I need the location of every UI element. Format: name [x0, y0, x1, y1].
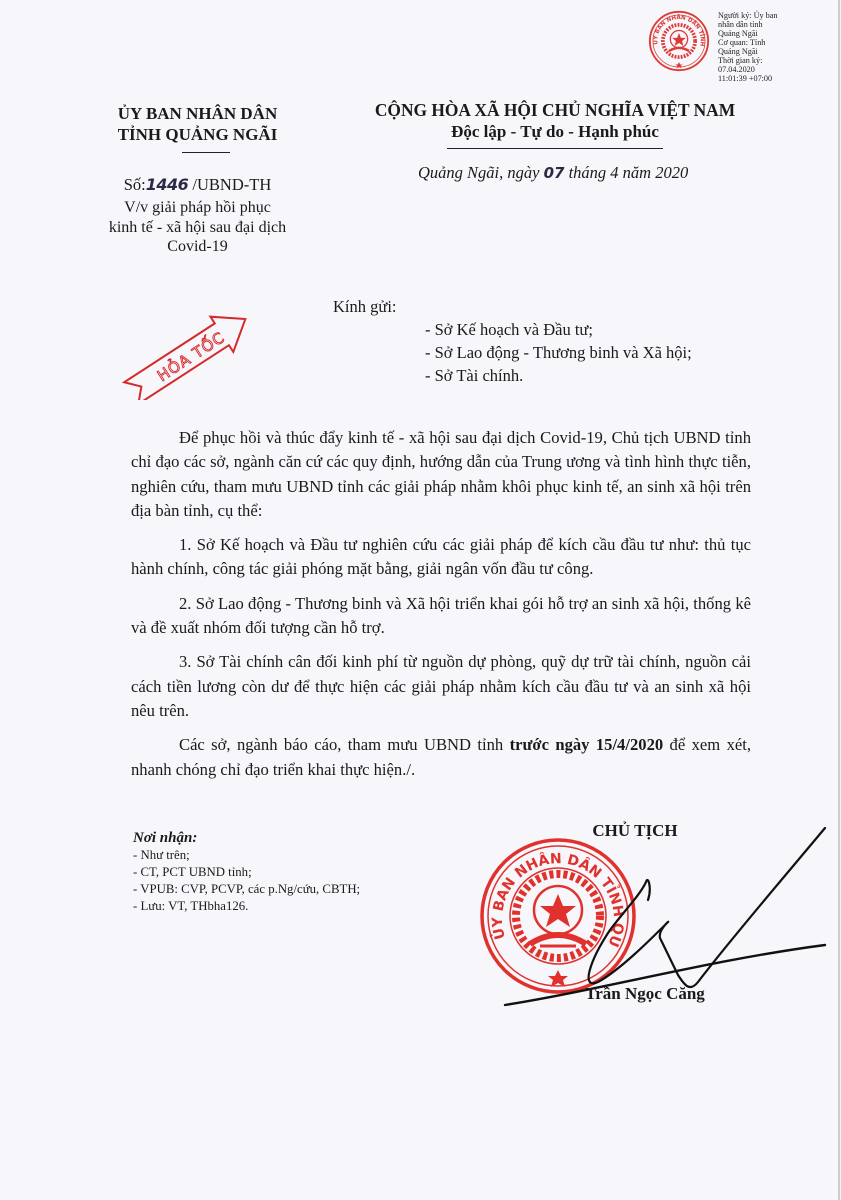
distribution-item: - VPUB: CVP, PCVP, các p.Ng/cứu, CBTH;: [133, 881, 360, 898]
sig-agency-line: Quảng Ngãi: [718, 47, 838, 56]
closing-paragraph: Các sở, ngành báo cáo, tham mưu UBND tỉn…: [131, 733, 751, 782]
signer-name: Trần Ngọc Căng: [545, 984, 745, 1004]
digital-signature-info: Người ký: Ủy ban nhân dân tỉnh Quảng Ngã…: [718, 11, 838, 83]
handwritten-day: 07: [544, 164, 565, 182]
national-motto: Độc lập - Tự do - Hạnh phúc: [355, 121, 755, 142]
distribution-title: Nơi nhận:: [133, 829, 197, 847]
recipient-item: - Sở Tài chính.: [425, 364, 692, 387]
directive-item: 2. Sở Lao động - Thương binh và Xã hội t…: [131, 592, 751, 641]
directive-item: 1. Sở Kế hoạch và Đầu tư nghiên cứu các …: [131, 533, 751, 582]
org-line-1: ỦY BAN NHÂN DÂN: [100, 103, 295, 124]
distribution-list: - Như trên; - CT, PCT UBND tỉnh; - VPUB:…: [133, 847, 360, 915]
handwritten-number: 1446: [146, 175, 189, 194]
sig-signer-line: Quảng Ngãi: [718, 29, 838, 38]
distribution-item: - Lưu: VT, THbha126.: [133, 898, 360, 915]
distribution-item: - CT, PCT UBND tỉnh;: [133, 864, 360, 881]
intro-paragraph: Để phục hồi và thúc đẩy kinh tế - xã hội…: [131, 426, 751, 523]
document-subject: V/v giải pháp hồi phục kinh tế - xã hội …: [100, 198, 295, 257]
sig-date: 07.04.2020: [718, 65, 838, 74]
sig-agency-line: Cơ quan: Tỉnh: [718, 38, 838, 47]
recipient-item: - Sở Kế hoạch và Đầu tư;: [425, 318, 692, 341]
recipients-label: Kính gửi:: [333, 297, 397, 317]
red-official-seal-icon: UY BAN NHÂN DÂN TỈNH QUẢNG NGÃI: [648, 10, 710, 72]
distribution-item: - Như trên;: [133, 847, 360, 864]
divider: [447, 148, 663, 149]
handwritten-signature-icon: [480, 810, 841, 1010]
document-body: Để phục hồi và thúc đẩy kinh tế - xã hội…: [131, 426, 751, 792]
recipient-item: - Sở Lao động - Thương binh và Xã hội;: [425, 341, 692, 364]
recipients-list: - Sở Kế hoạch và Đầu tư; - Sở Lao động -…: [425, 318, 692, 387]
directive-item: 3. Sở Tài chính cân đối kinh phí từ nguồ…: [131, 650, 751, 723]
sig-time-label: Thời gian ký:: [718, 56, 838, 65]
sig-signer-line: Người ký: Ủy ban: [718, 11, 838, 20]
document-page: UY BAN NHÂN DÂN TỈNH QUẢNG NGÃI Người ký…: [0, 0, 840, 1200]
deadline: trước ngày 15/4/2020: [510, 735, 664, 754]
sig-signer-line: nhân dân tỉnh: [718, 20, 838, 29]
issuing-organization: ỦY BAN NHÂN DÂN TỈNH QUẢNG NGÃI: [100, 103, 295, 145]
urgent-stamp-icon: HỎA TỐC: [110, 310, 270, 400]
sig-time: 11:01:39 +07:00: [718, 74, 838, 83]
divider: [182, 152, 230, 153]
national-title: CỘNG HÒA XÃ HỘI CHỦ NGHĨA VIỆT NAM: [355, 100, 755, 121]
place-and-date: Quảng Ngãi, ngày 07 tháng 4 năm 2020: [418, 163, 688, 183]
document-number: Số:1446 /UBND-TH: [100, 175, 295, 195]
org-line-2: TỈNH QUẢNG NGÃI: [100, 124, 295, 145]
